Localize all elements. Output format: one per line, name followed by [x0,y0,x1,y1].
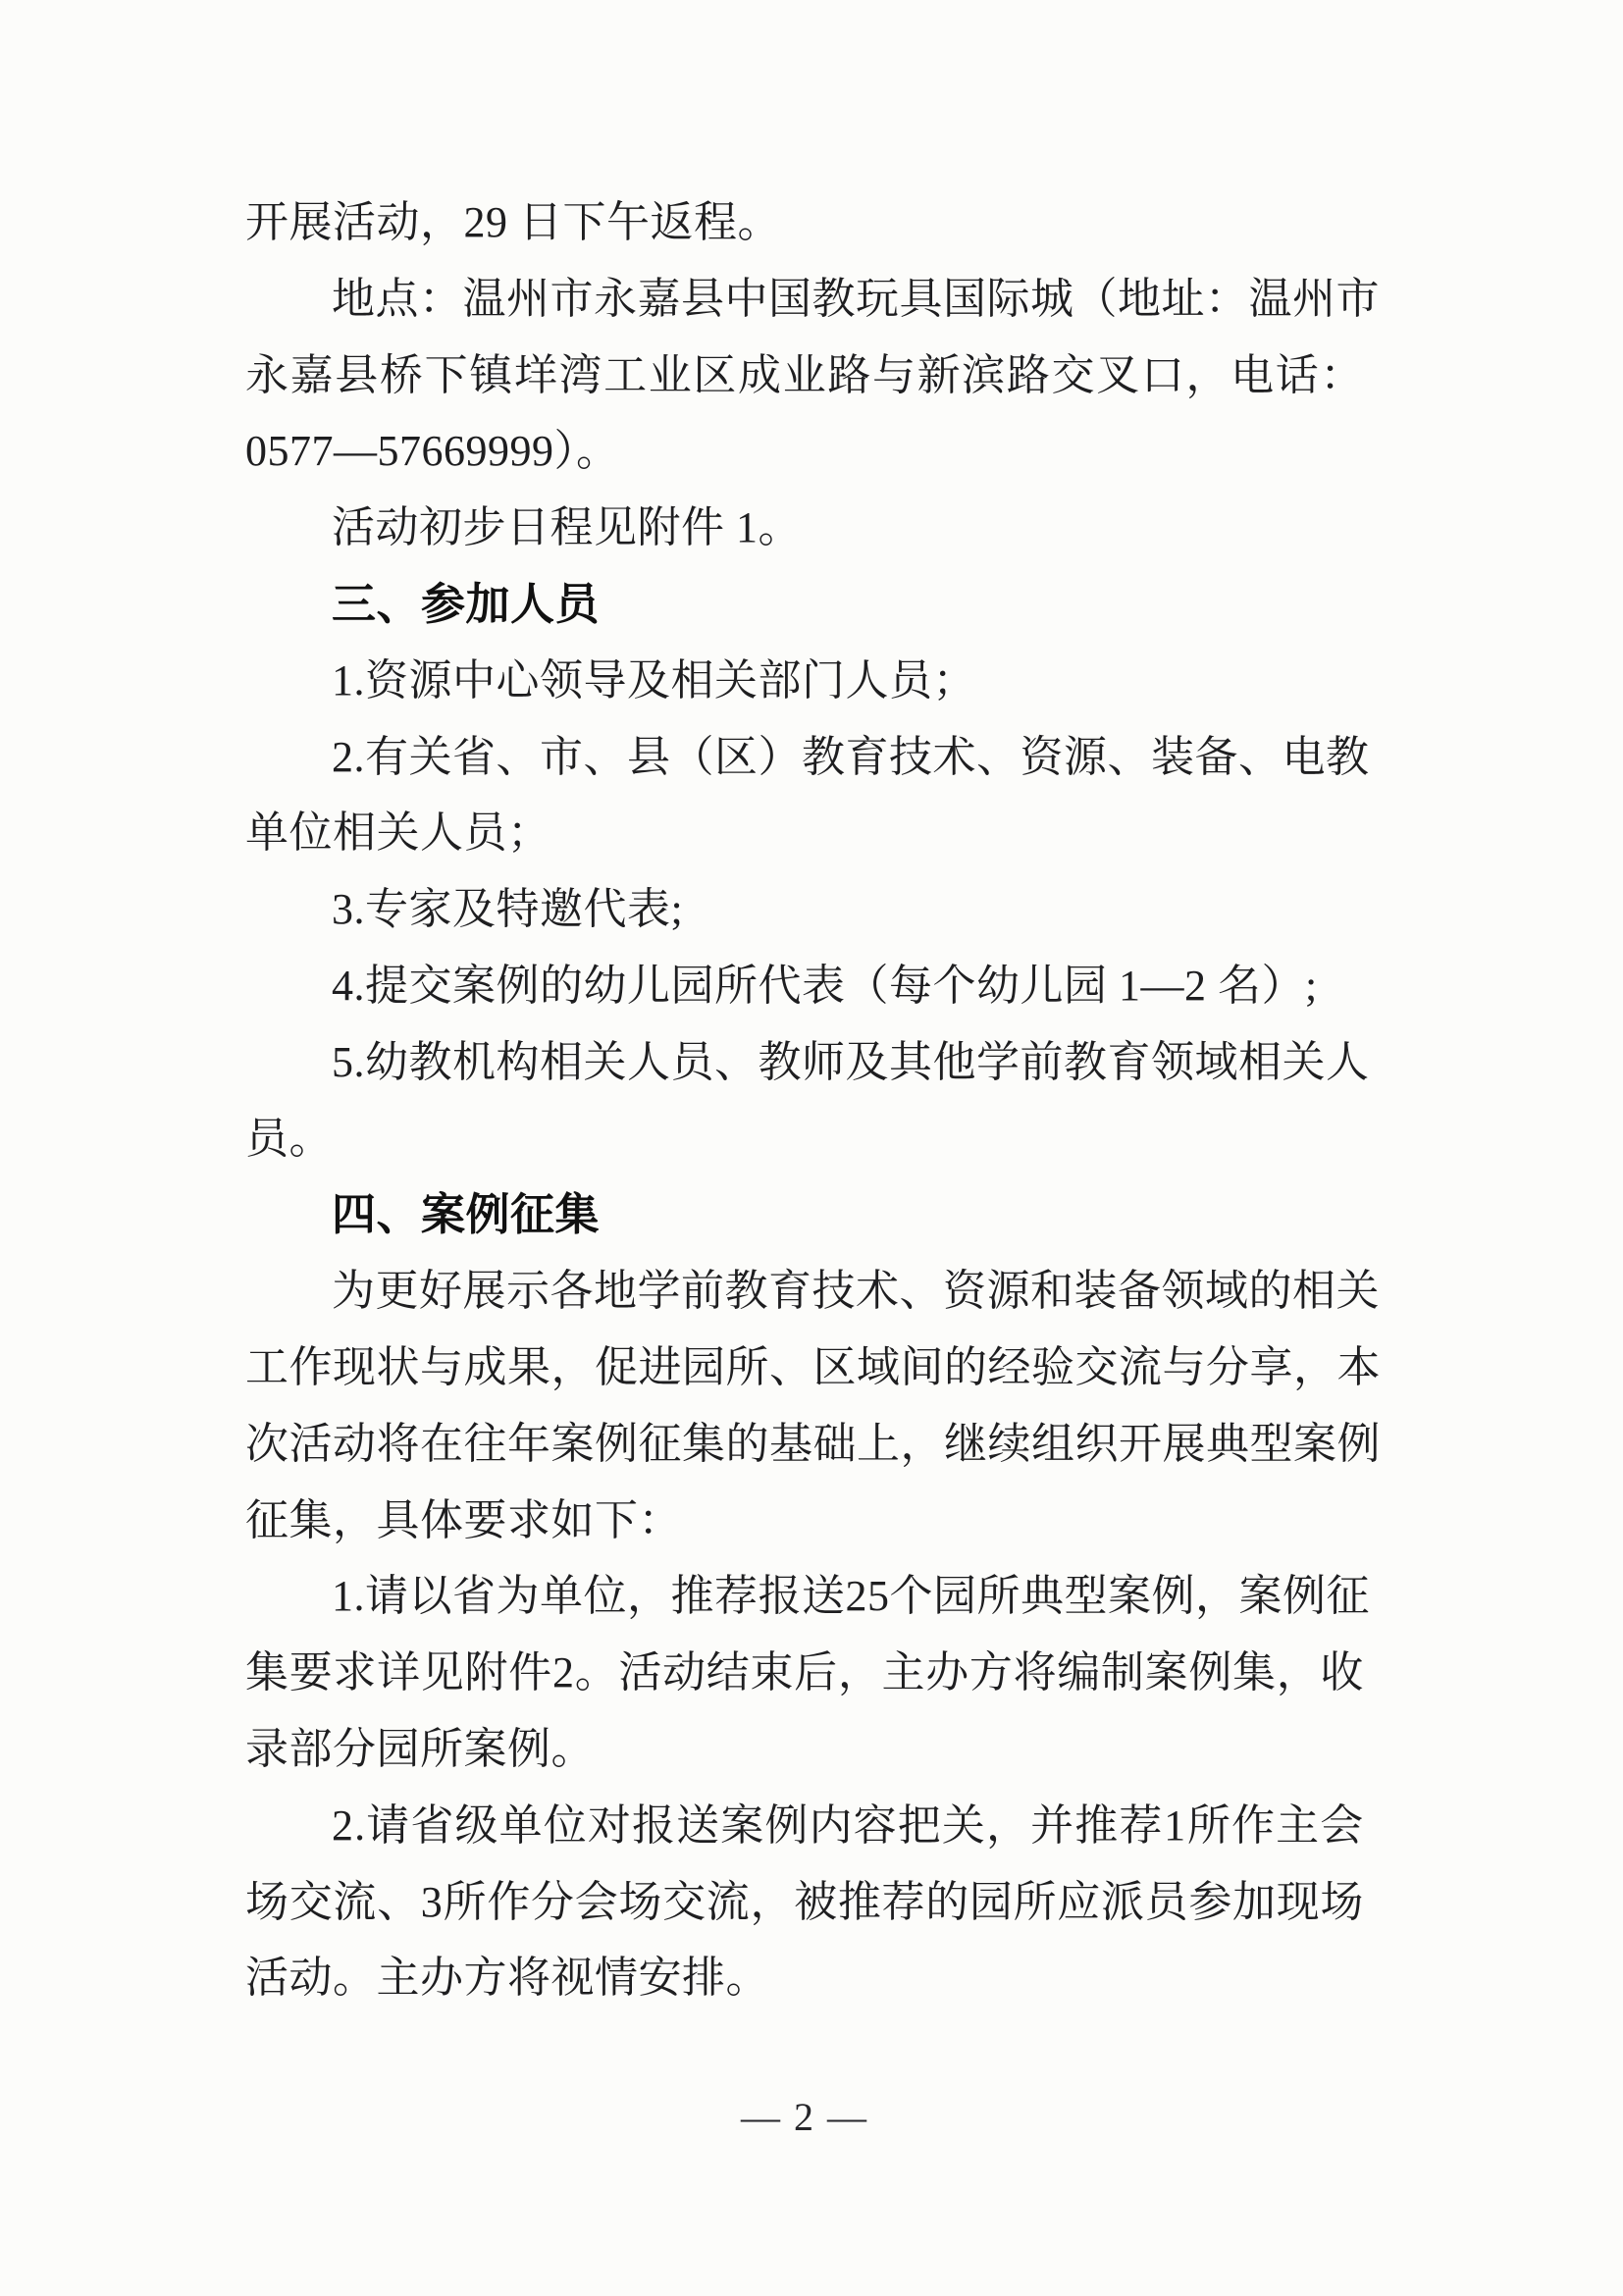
line-cases-intro-1: 为更好展示各地学前教育技术、资源和装备领域的相关 [245,1253,1364,1330]
line-cases-req2-b: 场交流、3 所作分会场交流，被推荐的园所应派员参加现场 [245,1864,1364,1941]
line-prev-paragraph-end: 开展活动，29 日下午返程。 [245,184,1364,261]
line-participants-2a: 2.有关省、市、县（区）教育技术、资源、装备、电教 [245,719,1364,796]
line-cases-req2-a: 2.请省级单位对报送案例内容把关，并推荐 1 所作主会 [245,1788,1364,1864]
line-participants-5b: 员。 [245,1101,1364,1177]
line-location-phone: 0577—57669999）。 [245,413,1364,490]
line-cases-req1-c: 录部分园所案例。 [245,1711,1364,1788]
line-participants-3: 3.专家及特邀代表; [245,871,1364,948]
line-cases-req1-b: 集要求详见附件 2。活动结束后，主办方将编制案例集，收 [245,1635,1364,1711]
line-agenda-note: 活动初步日程见附件 1。 [245,490,1364,566]
heading-section-4-cases: 四、案例征集 [245,1176,1364,1253]
heading-section-3-participants: 三、参加人员 [245,566,1364,643]
line-participants-5a: 5.幼教机构相关人员、教师及其他学前教育领域相关人 [245,1024,1364,1101]
scanned-document-page: 开展活动，29 日下午返程。地点：温州市永嘉县中国教玩具国际城（地址：温州市永嘉… [0,0,1623,2296]
line-participants-1: 1.资源中心领导及相关部门人员； [245,643,1364,719]
line-location-1: 地点：温州市永嘉县中国教玩具国际城（地址：温州市 [245,261,1364,338]
line-cases-req2-c: 活动。主办方将视情安排。 [245,1940,1364,2016]
line-cases-intro-2: 工作现状与成果，促进园所、区域间的经验交流与分享，本 [245,1330,1364,1406]
line-location-2: 永嘉县桥下镇垟湾工业区成业路与新滨路交叉口，电话： [245,338,1364,414]
line-cases-req1-a: 1.请以省为单位，推荐报送 25 个园所典型案例，案例征 [245,1558,1364,1635]
line-cases-intro-3: 次活动将在往年案例征集的基础上，继续组织开展典型案例 [245,1406,1364,1483]
document-body: 开展活动，29 日下午返程。地点：温州市永嘉县中国教玩具国际城（地址：温州市永嘉… [245,184,1364,2016]
line-cases-intro-4: 征集，具体要求如下： [245,1483,1364,1559]
line-participants-4: 4.提交案例的幼儿园所代表（每个幼儿园 1—2 名）; [245,948,1364,1024]
page-number: — 2 — [245,2088,1364,2147]
line-participants-2b: 单位相关人员； [245,795,1364,871]
